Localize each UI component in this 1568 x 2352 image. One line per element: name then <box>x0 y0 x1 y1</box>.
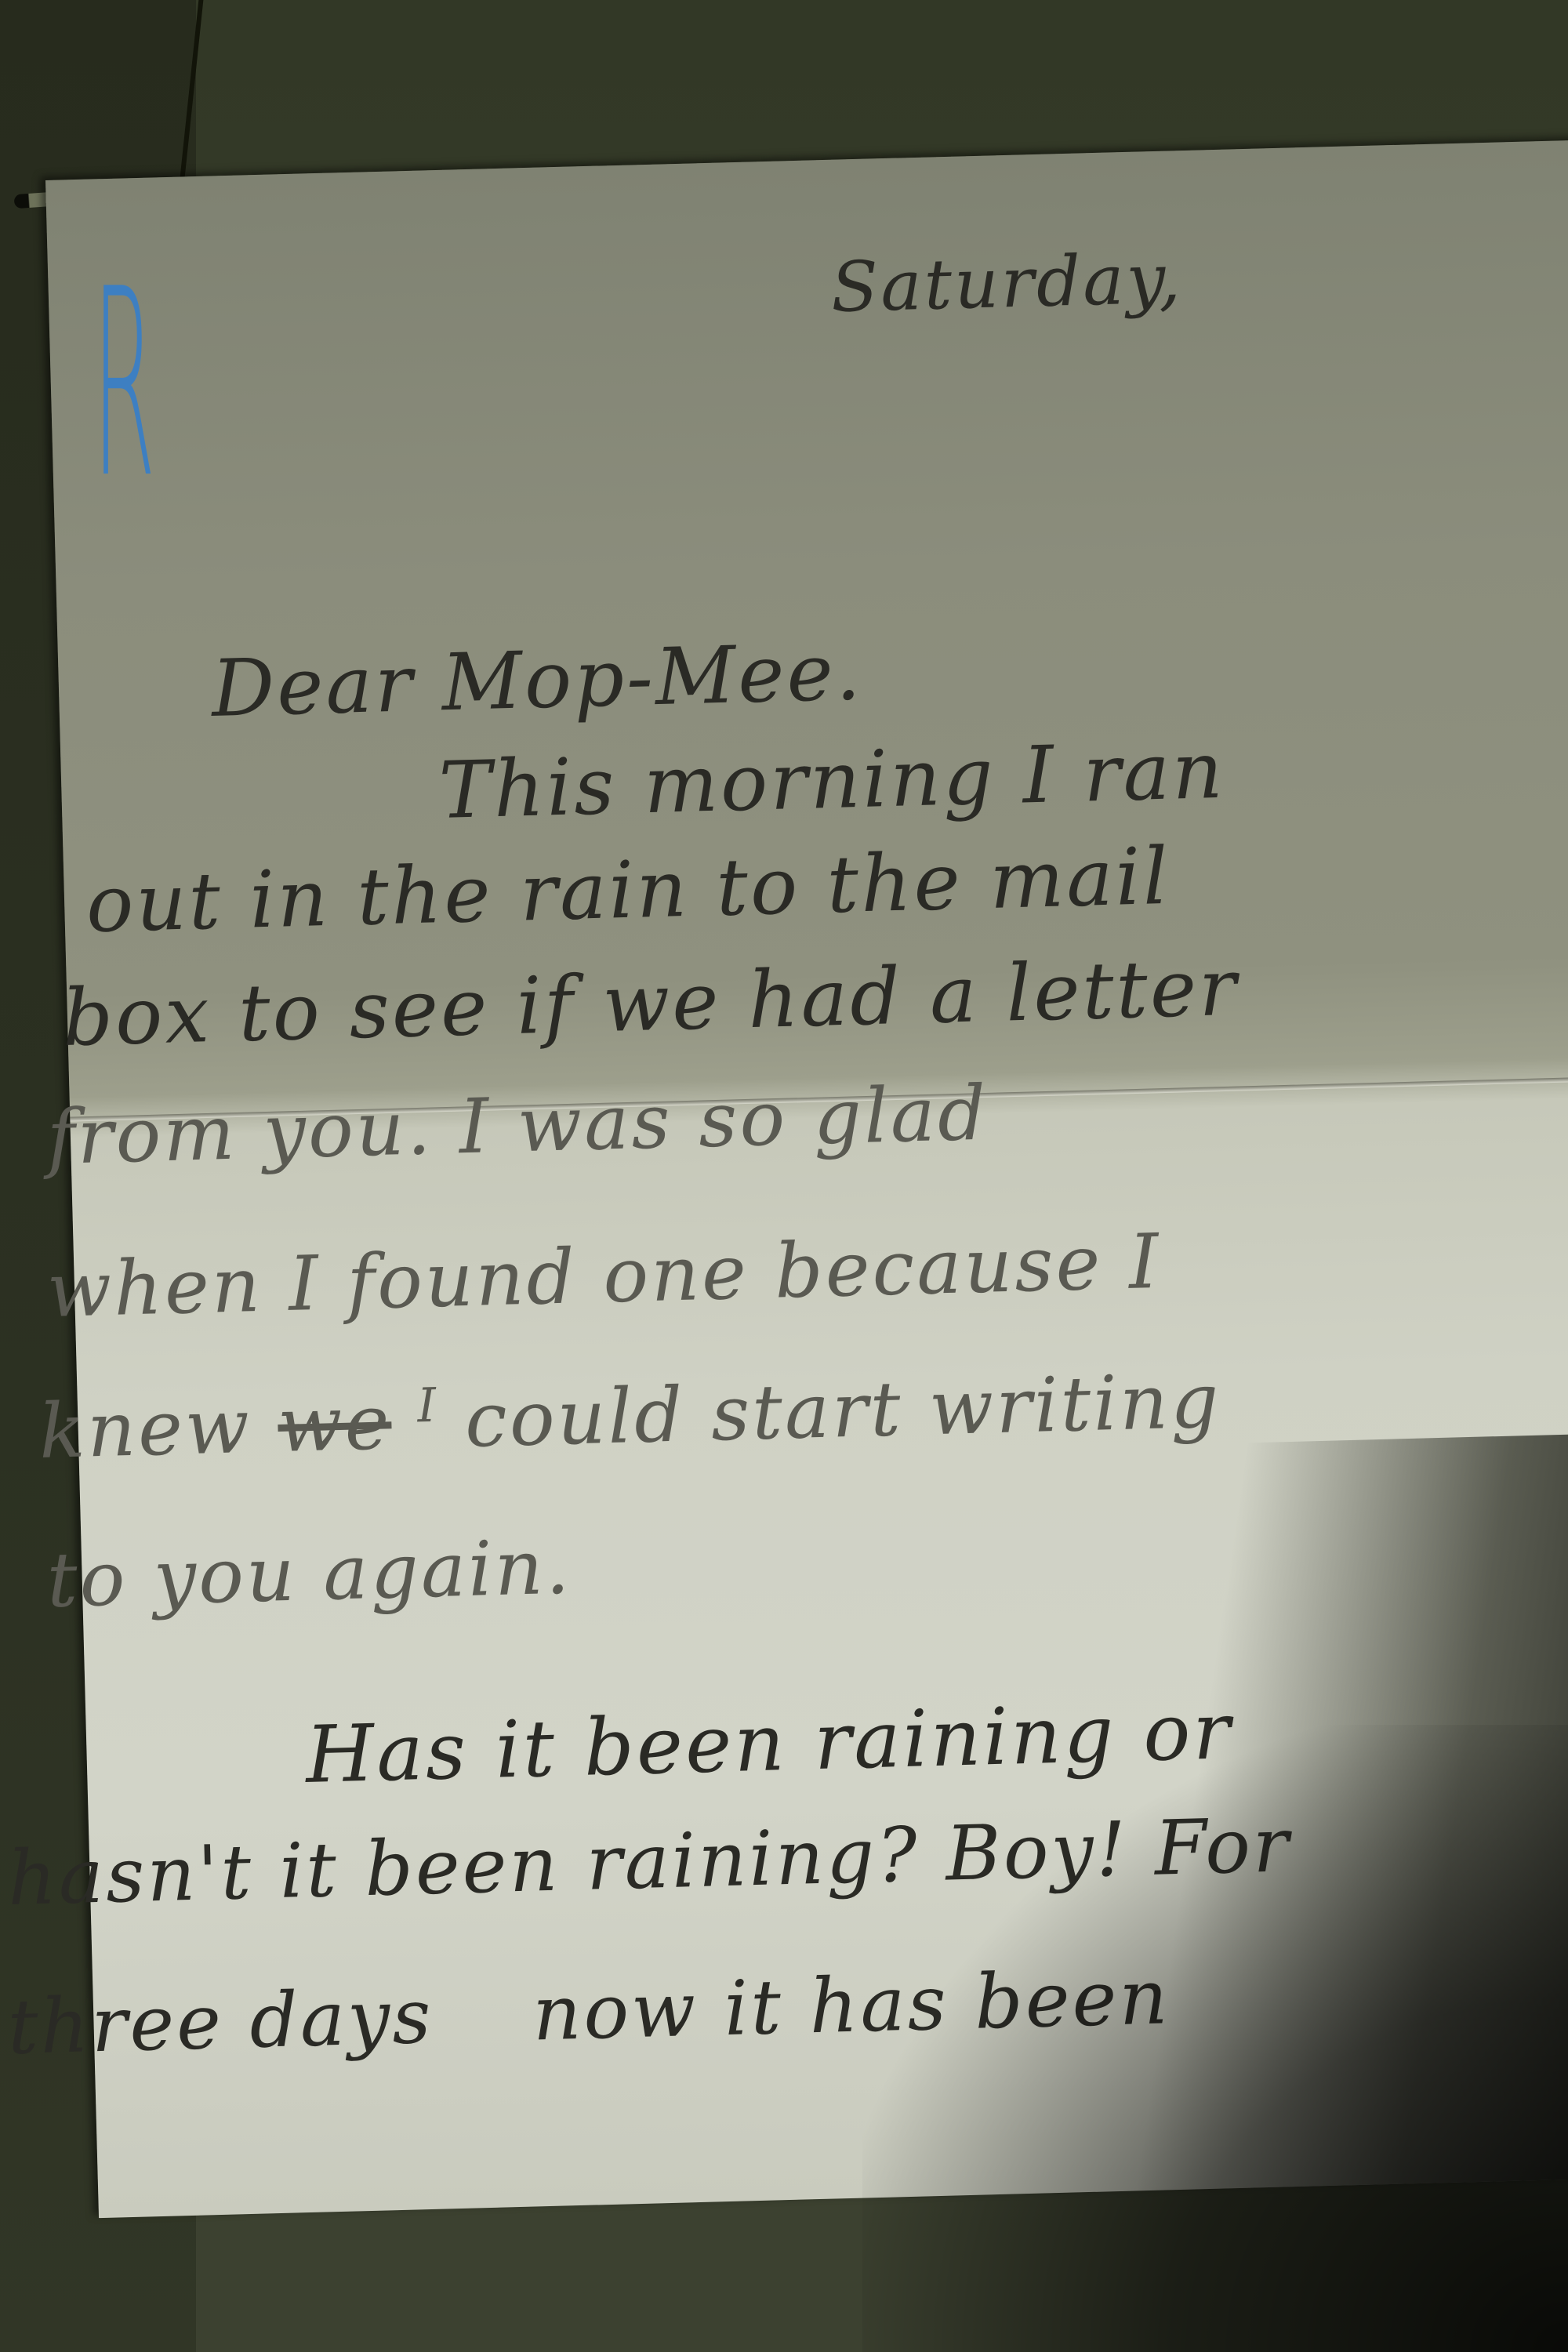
word-now-it-has-been: now it has been <box>532 1953 1171 2057</box>
date-line: Saturday, <box>830 238 1184 328</box>
salutation: Dear Mop-Mee. <box>210 626 863 735</box>
body-line-7: to you again. <box>46 1523 573 1624</box>
word-three-days: three days <box>7 1973 434 2071</box>
letterhead-monogram: R <box>93 255 155 514</box>
word-knew: knew <box>38 1382 253 1475</box>
scribble-mark <box>460 2040 507 2042</box>
inserted-word: I <box>416 1378 439 1434</box>
struck-word: we <box>277 1378 393 1469</box>
